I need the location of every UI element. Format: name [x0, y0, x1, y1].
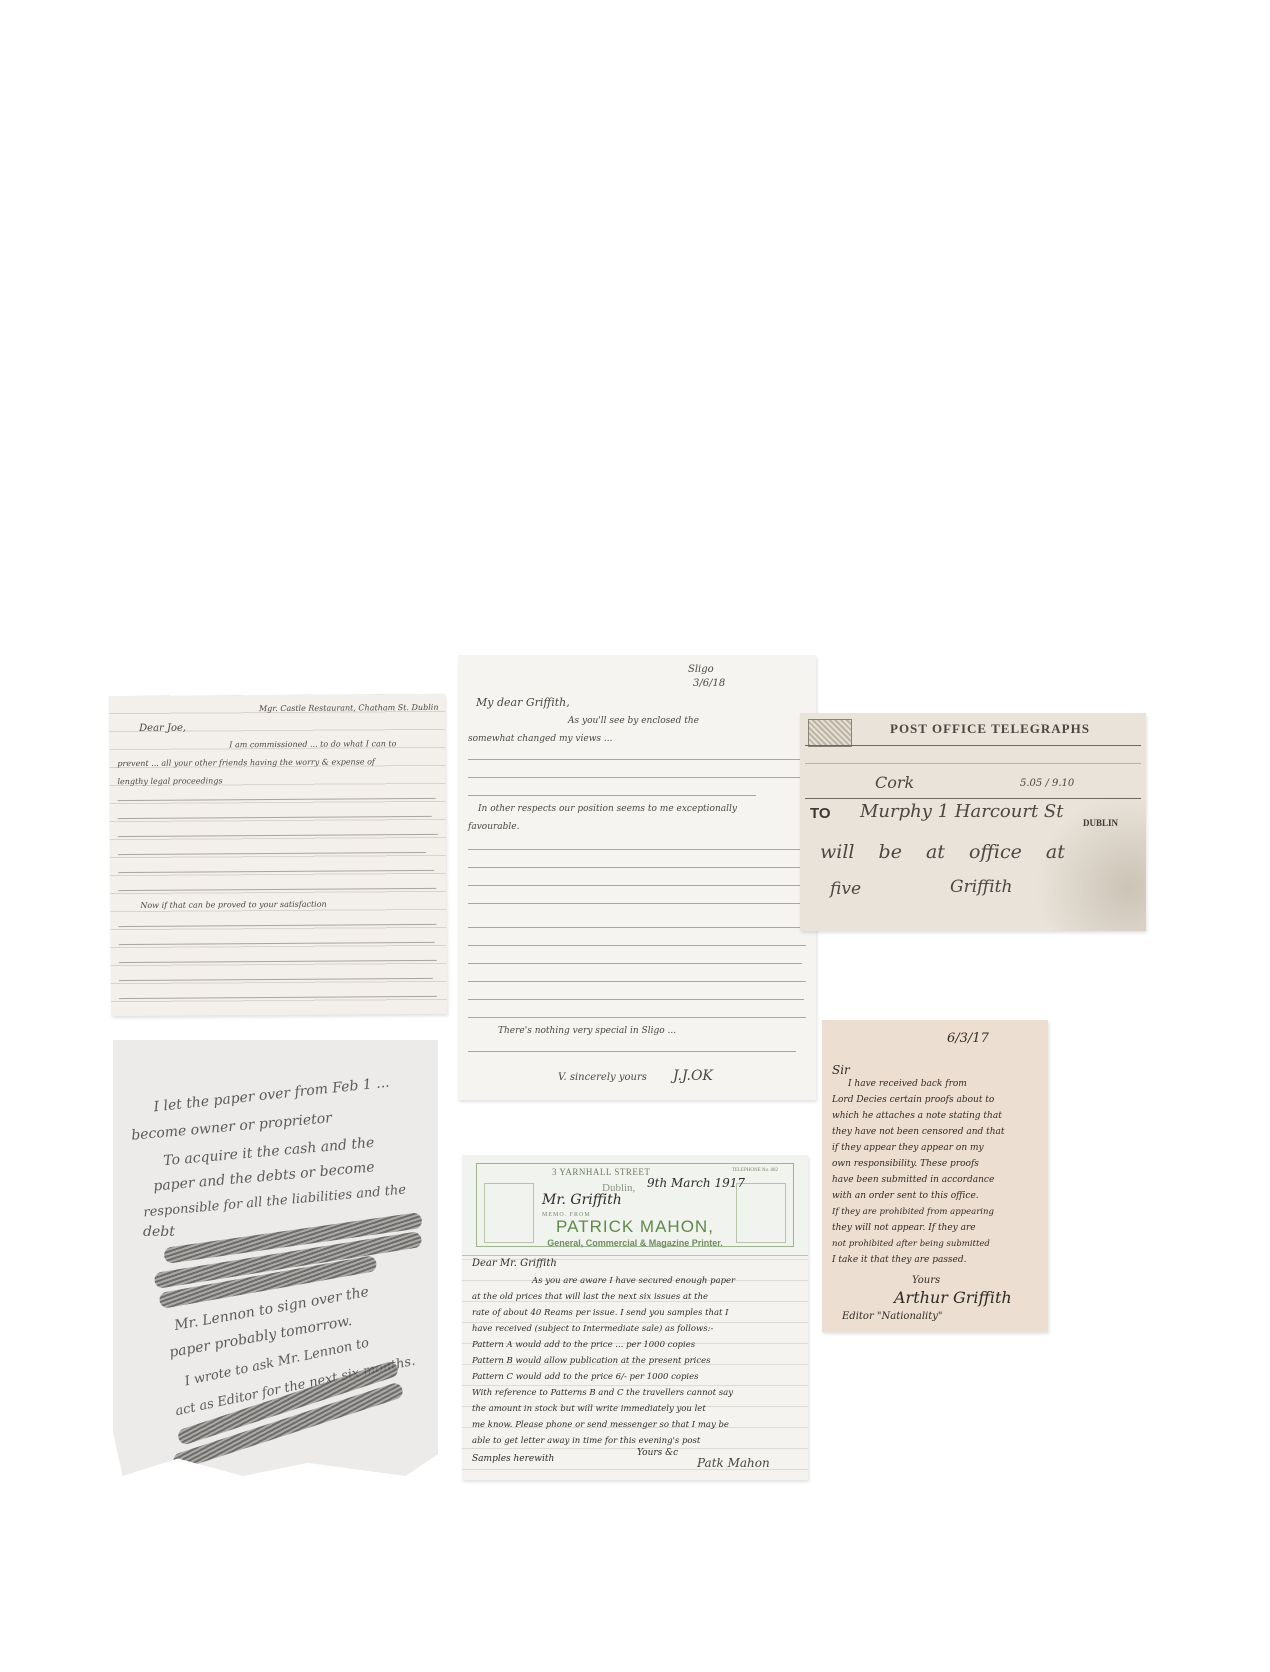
pencil-line: debt: [143, 1225, 175, 1239]
telegram-to-address: Murphy 1 Harcourt St: [860, 803, 1063, 821]
note-closing: Yours: [912, 1276, 940, 1286]
telegram-handed-in: 5.05 / 9.10: [1020, 779, 1074, 789]
letter1-line: I am commissioned ... to do what I can t…: [229, 740, 396, 749]
royal-crest-icon: [808, 719, 852, 747]
memo-closing: Yours &c: [637, 1449, 678, 1458]
note-line: own responsibility. These proofs: [832, 1160, 979, 1169]
pencil-line: I let the paper over from Feb 1 ...: [153, 1076, 390, 1115]
note-line: Lord Decies certain proofs about to: [832, 1096, 994, 1105]
letter2-signature: J.J.OK: [673, 1069, 713, 1083]
memo-line: rate of about 40 Reams per issue. I send…: [472, 1309, 729, 1318]
memo-line: have received (subject to Intermediate s…: [472, 1325, 713, 1334]
note-line: not prohibited after being submitted: [832, 1240, 990, 1249]
handwritten-letter-sligo: Sligo 3/6/18 My dear Griffith, As you'll…: [458, 655, 816, 1100]
memo-line: Pattern A would add to the price ... per…: [472, 1341, 695, 1350]
telegram-origin: Cork: [875, 775, 914, 791]
letter2-place: Sligo: [688, 665, 714, 675]
memo-line: Pattern C would add to the price 6/- per…: [472, 1373, 699, 1382]
telegram-to-label: TO: [810, 805, 831, 822]
company-name: PATRICK MAHON,: [462, 1217, 808, 1237]
pencil-line: become owner or proprietor: [131, 1111, 333, 1142]
note-date: 6/3/17: [947, 1032, 989, 1045]
memo-line: As you are aware I have secured enough p…: [532, 1277, 735, 1286]
memo-date: 9th March 1917: [647, 1177, 745, 1189]
note-title: Editor "Nationality": [842, 1312, 943, 1322]
letter1-salutation: Dear Joe,: [139, 724, 186, 734]
note-line: they have not been censored and that: [832, 1128, 1005, 1137]
note-line: If they are prohibited from appearing: [832, 1208, 994, 1217]
note-salutation: Sir: [832, 1064, 850, 1076]
patrick-mahon-memo: 3 YARNHALL STREET TELEPHONE No. 882 Dubl…: [462, 1155, 808, 1480]
letter2-line: There's nothing very special in Sligo ..…: [498, 1027, 676, 1036]
telegram-signature: Griffith: [950, 879, 1012, 896]
note-line: I have received back from: [848, 1080, 967, 1089]
note-signature: Arthur Griffith: [894, 1290, 1012, 1306]
note-line: if they appear they appear on my: [832, 1144, 984, 1153]
letter2-date: 3/6/18: [693, 679, 725, 689]
letterhead-telephone: TELEPHONE No. 882: [732, 1168, 778, 1173]
post-office-telegram: POST OFFICE TELEGRAPHS Cork 5.05 / 9.10 …: [800, 713, 1146, 931]
note-line: I take it that they are passed.: [832, 1256, 967, 1265]
memo-line: Samples herewith: [472, 1455, 554, 1464]
memo-line: able to get letter away in time for this…: [472, 1437, 700, 1446]
arthur-griffith-note: 6/3/17 Sir I have received back from Lor…: [822, 1020, 1048, 1332]
letter2-closing: V. sincerely yours: [558, 1073, 647, 1083]
memo-line: at the old prices that will last the nex…: [472, 1293, 708, 1302]
letterhead-address: 3 YARNHALL STREET: [552, 1167, 650, 1177]
pencil-draft-note: I let the paper over from Feb 1 ... beco…: [113, 1040, 438, 1476]
telegram-message-2: five: [830, 881, 861, 898]
note-line: which he attaches a note stating that: [832, 1112, 1002, 1121]
note-line: with an order sent to this office.: [832, 1192, 979, 1201]
letter2-salutation: My dear Griffith,: [476, 697, 570, 708]
telegram-message: will be at office at: [820, 843, 1065, 862]
note-line: they will not appear. If they are: [832, 1224, 976, 1233]
memo-line: the amount in stock but will write immed…: [472, 1405, 706, 1414]
telegram-city: DUBLIN: [1083, 818, 1118, 828]
memo-salutation: Dear Mr. Griffith: [472, 1259, 557, 1269]
memo-line: me know. Please phone or send messenger …: [472, 1421, 729, 1430]
letter1-line: Now if that can be proved to your satisf…: [140, 901, 326, 910]
letter2-line: As you'll see by enclosed the: [568, 717, 699, 726]
company-trade: General, Commercial & Magazine Printer.: [462, 1238, 808, 1248]
letter2-line: In other respects our position seems to …: [478, 805, 737, 814]
memo-line: Pattern B would allow publication at the…: [472, 1357, 711, 1366]
letter1-address: Mgr. Castle Restaurant, Chatham St. Dubl…: [259, 704, 439, 713]
letter2-line: favourable.: [468, 823, 520, 832]
handwritten-letter-ruled: Mgr. Castle Restaurant, Chatham St. Dubl…: [109, 694, 447, 1016]
note-line: have been submitted in accordance: [832, 1176, 994, 1185]
memo-recipient: Mr. Griffith: [542, 1193, 622, 1207]
letter1-line: lengthy legal proceedings: [117, 777, 222, 786]
letter2-line: somewhat changed my views ...: [468, 735, 612, 744]
memo-line: With reference to Patterns B and C the t…: [472, 1389, 733, 1398]
memo-letterhead: 3 YARNHALL STREET TELEPHONE No. 882 Dubl…: [462, 1155, 808, 1256]
telegram-header: POST OFFICE TELEGRAPHS: [890, 721, 1090, 737]
letter1-line: prevent ... all your other friends havin…: [117, 758, 375, 768]
memo-signature: Patk Mahon: [697, 1457, 770, 1469]
